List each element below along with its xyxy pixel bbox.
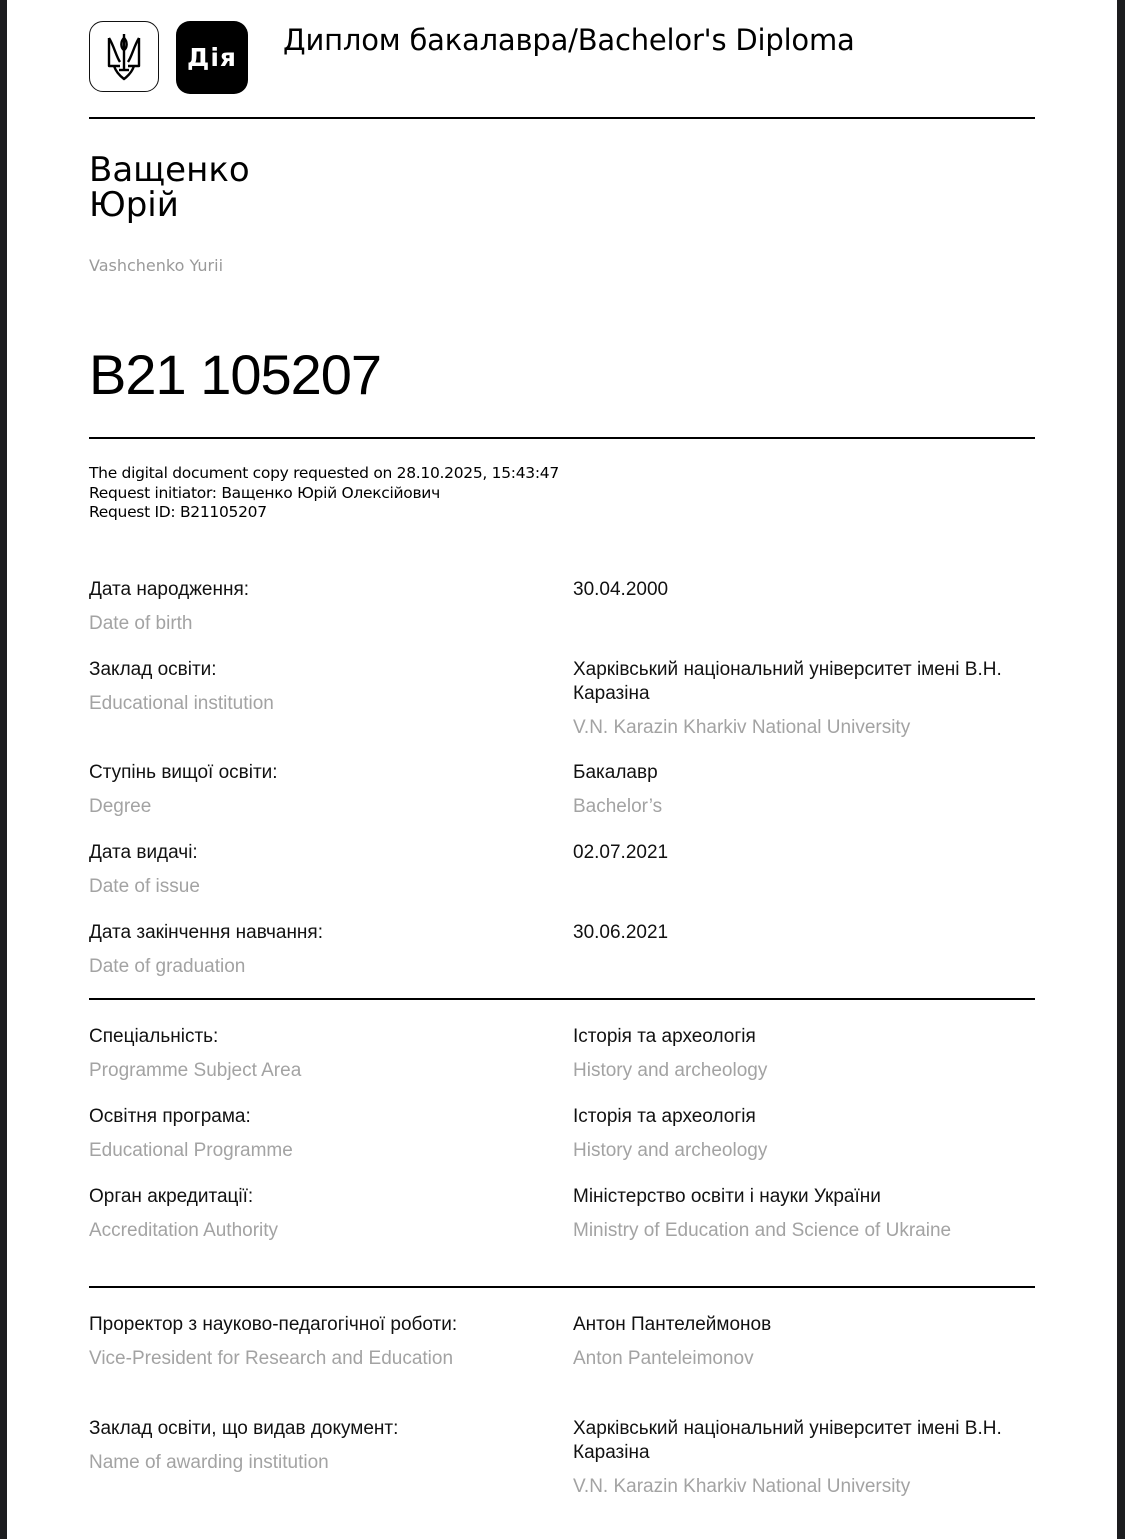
field-label-en: Accreditation Authority (89, 1219, 573, 1243)
field-label: Ступінь вищої освіти: (89, 761, 573, 785)
signatory-section: Проректор з науково-педагогічної роботи:… (89, 1313, 1035, 1517)
field-label: Освітня програма: (89, 1105, 573, 1129)
field-label-en: Date of birth (89, 612, 573, 636)
field-label-en: Educational Programme (89, 1139, 573, 1163)
programme-section: Спеціальність:Programme Subject Area Іст… (89, 1025, 1035, 1265)
field-label: Заклад освіти, що видав документ: (89, 1417, 573, 1441)
diia-logo: Дія (176, 21, 248, 94)
field-row: Орган акредитації:Accreditation Authorit… (89, 1185, 1035, 1265)
field-row: Дата народження:Date of birth 30.04.2000 (89, 578, 1035, 658)
divider (89, 437, 1035, 439)
field-row: Дата закінчення навчання:Date of graduat… (89, 921, 1035, 1001)
field-label-en: Date of issue (89, 875, 573, 899)
field-label-en: Date of graduation (89, 955, 573, 979)
field-row: Ступінь вищої освіти:Degree БакалаврBach… (89, 761, 1035, 841)
holder-surname: Ващенко (89, 153, 250, 188)
field-label: Дата народження: (89, 578, 573, 602)
field-value: Історія та археологія (573, 1025, 1035, 1049)
field-value-en: History and archeology (573, 1059, 1035, 1083)
field-row: Заклад освіти, що видав документ:Name of… (89, 1417, 1035, 1517)
field-label: Спеціальність: (89, 1025, 573, 1049)
field-label-en: Degree (89, 795, 573, 819)
field-value-en: V.N. Karazin Kharkiv National University (573, 716, 1015, 740)
request-id: Request ID: B21105207 (89, 503, 559, 523)
tryzub-icon (89, 21, 159, 92)
field-value-en: History and archeology (573, 1139, 1035, 1163)
holder-given-name: Юрій (89, 188, 250, 223)
field-value-en: Ministry of Education and Science of Ukr… (573, 1219, 985, 1243)
field-row: Дата видачі:Date of issue 02.07.2021 (89, 841, 1035, 921)
field-value-en: Anton Panteleimonov (573, 1347, 1035, 1371)
field-row: Освітня програма:Educational Programme І… (89, 1105, 1035, 1185)
field-label: Орган акредитації: (89, 1185, 573, 1209)
request-date: The digital document copy requested on 2… (89, 464, 559, 484)
holder-name-latin: Vashchenko Yurii (89, 256, 223, 275)
field-value: 30.04.2000 (573, 578, 1035, 602)
divider (89, 1286, 1035, 1288)
field-value: Харківський національний університет іме… (573, 658, 1015, 706)
field-label: Дата закінчення навчання: (89, 921, 573, 945)
diploma-document: Дія Диплом бакалавра/Bachelor's Diploma … (7, 0, 1117, 1539)
field-label: Проректор з науково-педагогічної роботи: (89, 1313, 513, 1337)
field-value: Харківський національний університет іме… (573, 1417, 1015, 1465)
request-info: The digital document copy requested on 2… (89, 464, 559, 523)
divider (89, 117, 1035, 119)
field-label-en: Educational institution (89, 692, 573, 716)
field-value: Антон Пантелеймонов (573, 1313, 1035, 1337)
field-row: Заклад освіти:Educational institution Ха… (89, 658, 1035, 761)
document-number: B21 105207 (89, 342, 381, 407)
document-title: Диплом бакалавра/Bachelor's Diploma (283, 23, 855, 57)
field-row: Спеціальність:Programme Subject Area Іст… (89, 1025, 1035, 1105)
field-label-en: Vice-President for Research and Educatio… (89, 1347, 583, 1371)
holder-name: Ващенко Юрій (89, 153, 250, 223)
field-value: Бакалавр (573, 761, 1035, 785)
field-label-en: Programme Subject Area (89, 1059, 573, 1083)
field-row: Проректор з науково-педагогічної роботи:… (89, 1313, 1035, 1417)
request-initiator: Request initiator: Ващенко Юрій Олексійо… (89, 484, 559, 504)
field-value: 02.07.2021 (573, 841, 1035, 865)
field-label-en: Name of awarding institution (89, 1451, 573, 1475)
field-value: 30.06.2021 (573, 921, 1035, 945)
field-value: Історія та археологія (573, 1105, 1035, 1129)
field-value-en: V.N. Karazin Kharkiv National University (573, 1475, 1015, 1499)
field-label: Дата видачі: (89, 841, 573, 865)
divider (89, 998, 1035, 1000)
field-value: Міністерство освіти і науки України (573, 1185, 985, 1209)
field-label: Заклад освіти: (89, 658, 573, 682)
personal-info-section: Дата народження:Date of birth 30.04.2000… (89, 578, 1035, 1001)
field-value-en: Bachelor’s (573, 795, 1035, 819)
document-header: Дія Диплом бакалавра/Bachelor's Diploma (89, 21, 1035, 95)
